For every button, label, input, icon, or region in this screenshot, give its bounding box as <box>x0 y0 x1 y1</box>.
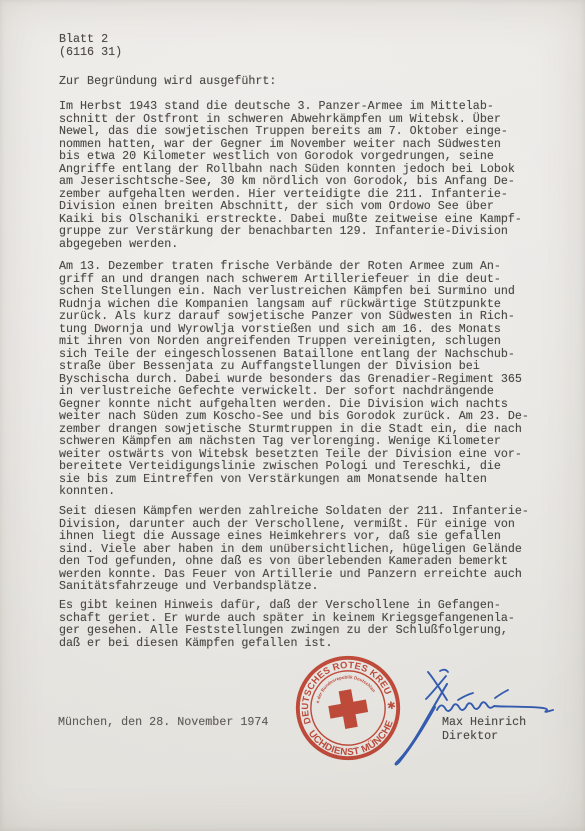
red-cross-icon <box>326 687 370 731</box>
signer-name: Max Heinrich <box>442 715 526 729</box>
paragraph-1: Im Herbst 1943 stand die deutsche 3. Pan… <box>59 100 522 250</box>
file-number: (6116 31) <box>59 45 122 59</box>
paragraph-3: Seit diesen Kämpfen werden zahlreiche So… <box>59 505 529 593</box>
signer-block: Max HeinrichDirektor <box>442 716 526 744</box>
signature-stroke-dash2 <box>495 690 508 698</box>
header-id-block: Blatt 2(6116 31) <box>59 33 122 58</box>
signer-title: Direktor <box>442 729 498 743</box>
signature-stroke-scribble <box>437 702 553 712</box>
paragraph-4: Es gibt keinen Hinweis dafür, daß der Ve… <box>59 599 515 649</box>
signature-stroke-dash1 <box>458 693 473 700</box>
intro-line: Zur Begründung wird ausgeführt: <box>59 75 276 88</box>
paragraph-2: Am 13. Dezember traten frische Verbände … <box>59 260 529 498</box>
signature-stroke-descender <box>396 684 447 765</box>
document-page: Blatt 2(6116 31) Zur Begründung wird aus… <box>0 0 585 831</box>
date-line: München, den 28. November 1974 <box>58 716 268 729</box>
